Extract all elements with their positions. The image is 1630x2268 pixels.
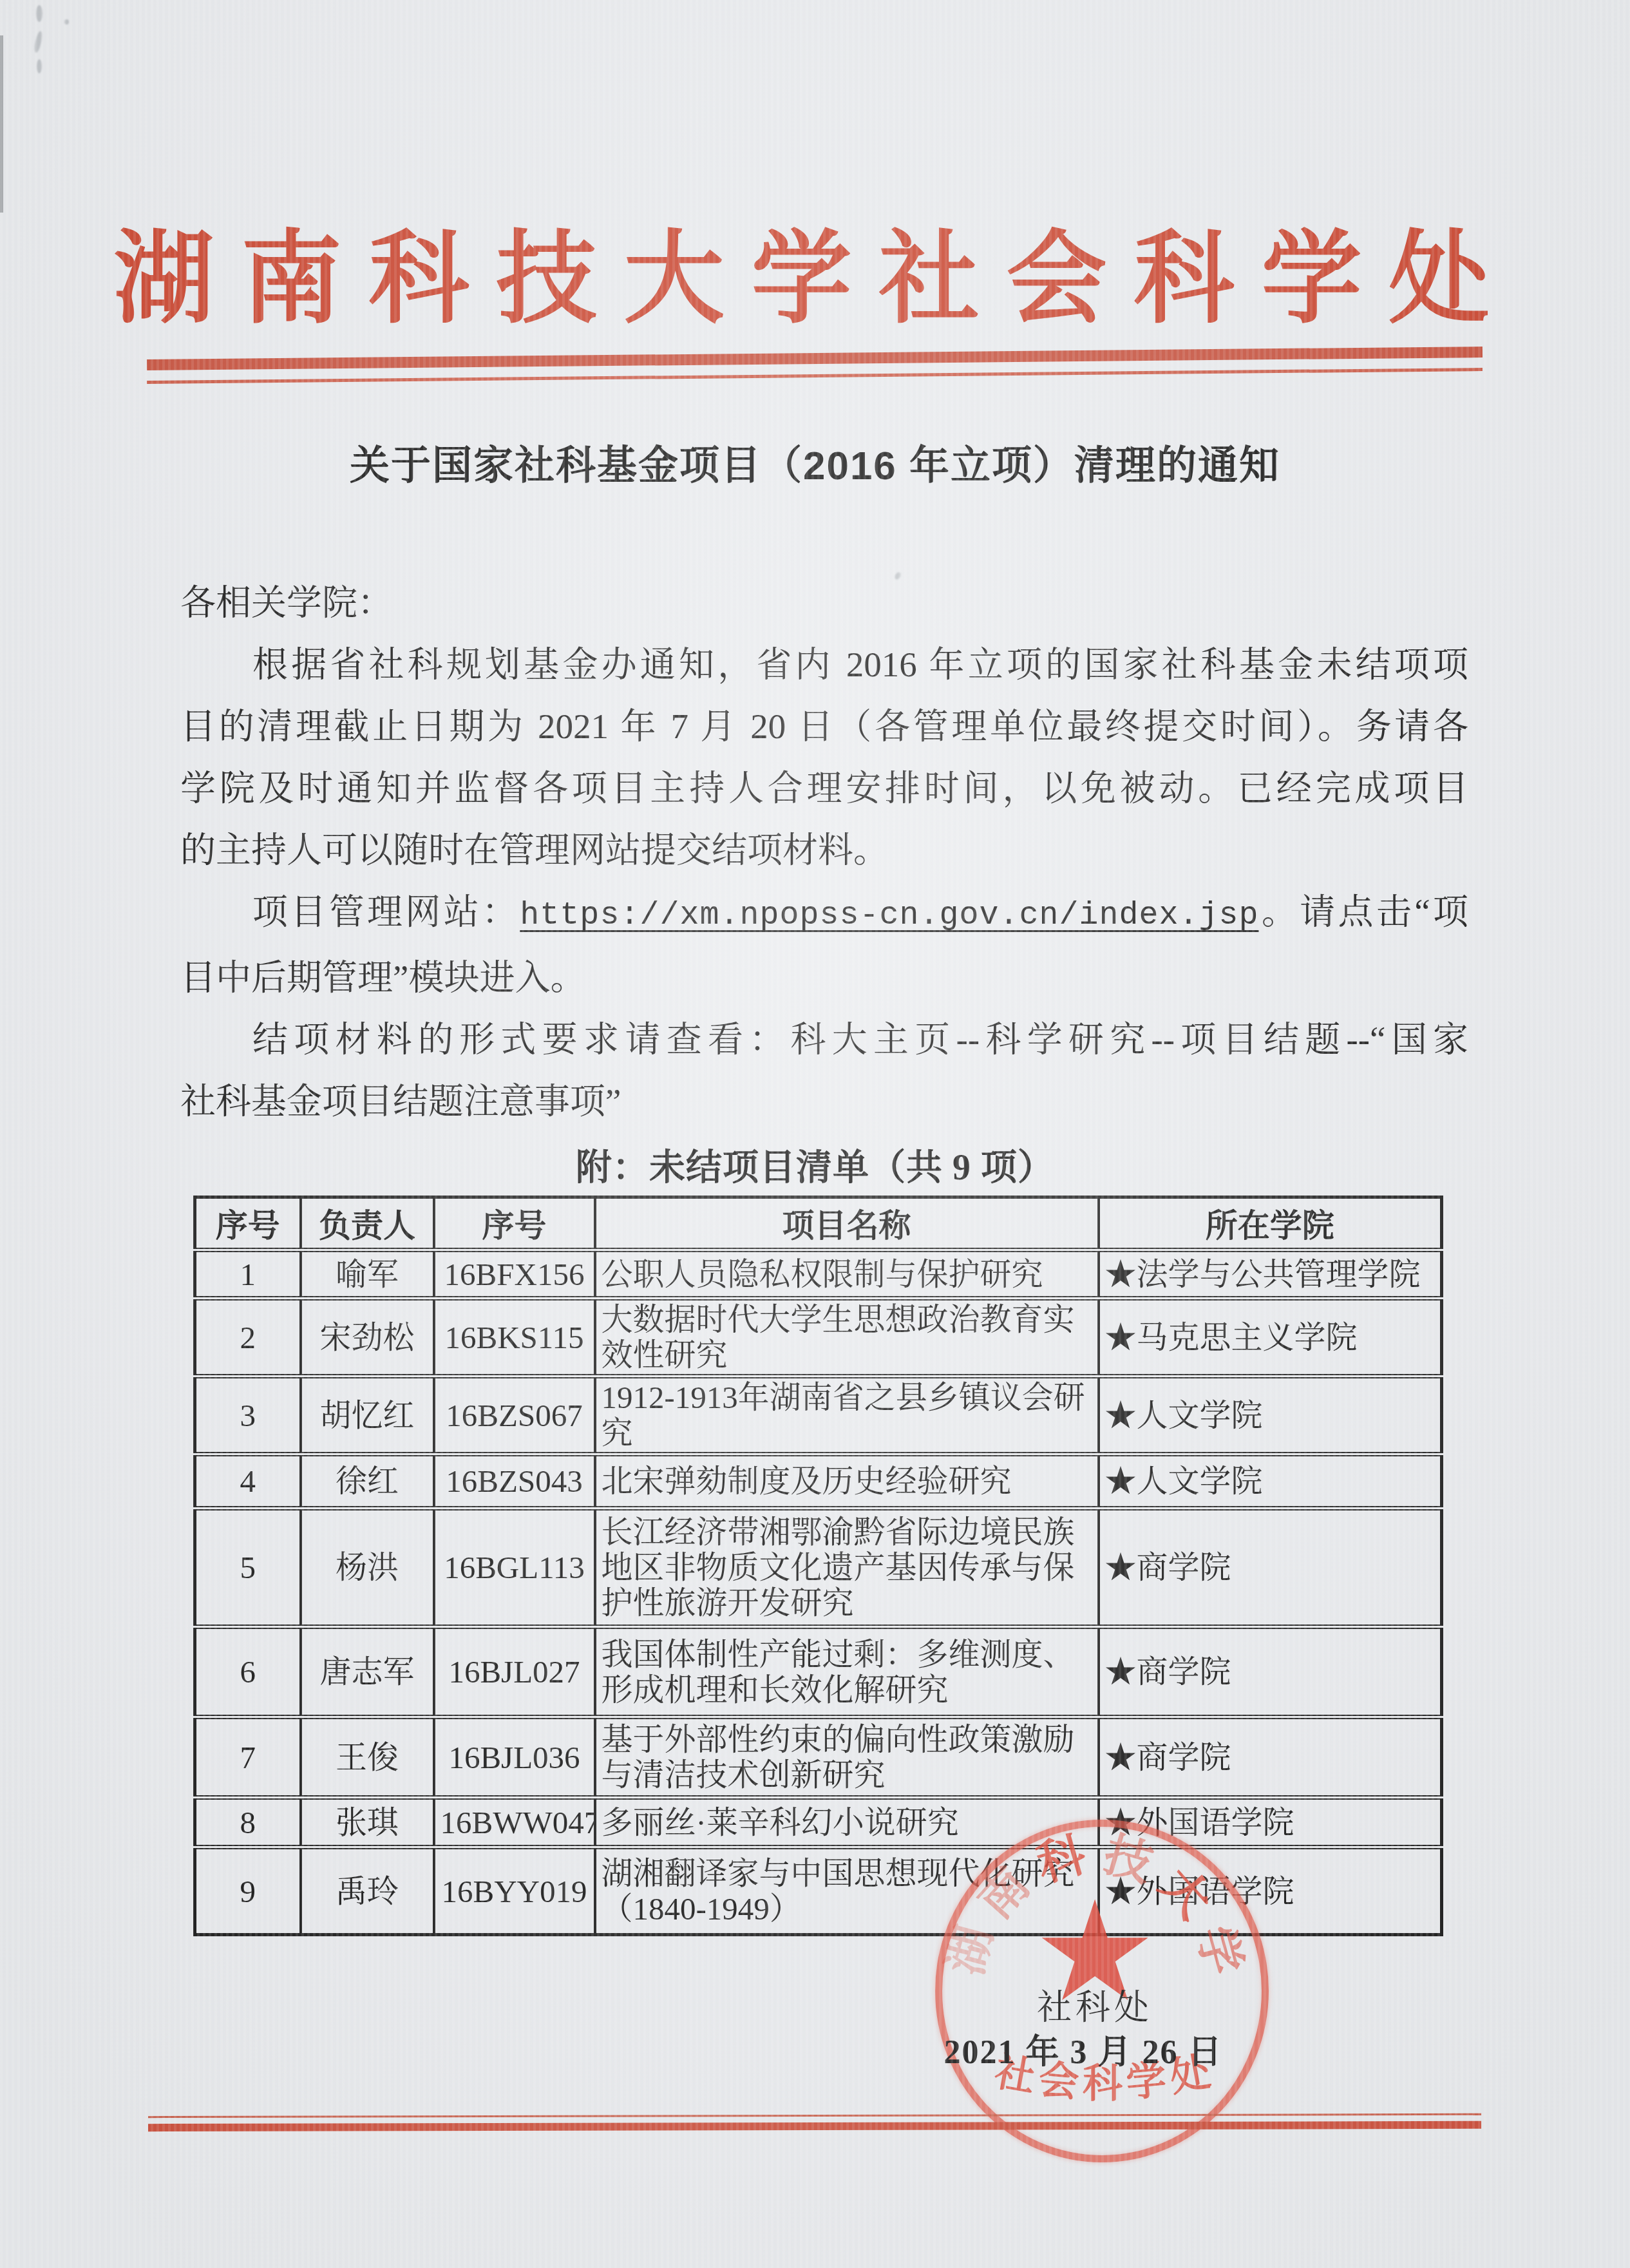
cell-leader: 唐志军	[301, 1627, 434, 1717]
table-row: 2 宋劲松 16BKS115 大数据时代大学生思想政治教育实效性研究 ★马克思主…	[195, 1299, 1442, 1377]
cell-project: 大数据时代大学生思想政治教育实效性研究	[595, 1299, 1099, 1377]
cell-project: 公职人员隐私权限制与保护研究	[595, 1250, 1099, 1299]
table-row: 1 喻军 16BFX156 公职人员隐私权限制与保护研究 ★法学与公共管理学院	[195, 1250, 1442, 1299]
cell-leader: 杨洪	[301, 1509, 434, 1627]
cell-code: 16BZS043	[434, 1454, 595, 1509]
cell-college: ★外国语学院	[1099, 1847, 1442, 1935]
cell-code: 16BGL113	[434, 1509, 595, 1627]
cell-college: ★外国语学院	[1099, 1798, 1442, 1847]
cell-index: 1	[195, 1250, 301, 1299]
cell-project: 基于外部性约束的偏向性政策激励与清洁技术创新研究	[595, 1717, 1099, 1798]
col-header-project: 项目名称	[595, 1197, 1099, 1250]
table-row: 8 张琪 16BWW047 多丽丝·莱辛科幻小说研究 ★外国语学院	[195, 1798, 1442, 1847]
cell-college: ★商学院	[1099, 1627, 1442, 1717]
cell-college: ★马克思主义学院	[1099, 1299, 1442, 1377]
cell-index: 4	[195, 1454, 301, 1509]
footer-rule-thick	[148, 2121, 1481, 2131]
cell-college: ★法学与公共管理学院	[1099, 1250, 1442, 1299]
scan-smudge	[36, 5, 43, 22]
letterhead-title: 湖南科技大学社会科学处	[114, 227, 1517, 332]
table-row: 4 徐红 16BZS043 北宋弹劾制度及历史经验研究 ★人文学院	[195, 1454, 1442, 1509]
signing-department: 社科处	[1037, 1980, 1153, 2030]
body-line: 社科基金项目结题注意事项”	[180, 1071, 1468, 1132]
cell-index: 3	[195, 1377, 301, 1454]
cell-leader: 徐红	[301, 1454, 434, 1509]
cell-index: 5	[195, 1509, 301, 1627]
cell-project: 湖湘翻译家与中国思想现代化研究（1840-1949）	[595, 1847, 1099, 1935]
unfinished-projects-table: 序号 负责人 序号 项目名称 所在学院 1 喻军 16BFX156 公职人员隐私…	[193, 1196, 1443, 1936]
url-label: 项目管理网站：	[252, 892, 520, 931]
cell-project: 长江经济带湘鄂渝黔省际边境民族地区非物质文化遗产基因传承与保护性旅游开发研究	[595, 1509, 1099, 1627]
cell-index: 8	[195, 1798, 301, 1847]
signing-date: 2021 年 3 月 26 日	[943, 2025, 1222, 2073]
cell-code: 16BJL027	[434, 1627, 595, 1717]
col-header-leader: 负责人	[301, 1197, 434, 1250]
cell-project: 我国体制性产能过剩：多维测度、形成机理和长效化解研究	[595, 1627, 1099, 1717]
body-line: 学院及时通知并监督各项目主持人合理安排时间，以免被动。已经完成项目	[180, 758, 1468, 819]
table-row: 3 胡忆红 16BZS067 1912-1913年湖南省之县乡镇议会研究 ★人文…	[195, 1377, 1442, 1454]
cell-college: ★商学院	[1099, 1509, 1442, 1627]
table-row: 6 唐志军 16BJL027 我国体制性产能过剩：多维测度、形成机理和长效化解研…	[195, 1627, 1442, 1717]
body-line: 的主持人可以随时在管理网站提交结项材料。	[180, 819, 1468, 881]
cell-project: 北宋弹劾制度及历史经验研究	[595, 1454, 1099, 1509]
body-line: 项目管理网站：https://xm.npopss-cn.gov.cn/index…	[180, 881, 1468, 947]
table-header-row: 序号 负责人 序号 项目名称 所在学院	[195, 1197, 1442, 1250]
cell-leader: 禹玲	[301, 1847, 434, 1935]
cell-college: ★商学院	[1099, 1717, 1442, 1798]
attachment-heading: 附：未结项目清单（共 9 项）	[0, 1139, 1630, 1190]
cell-code: 16BFX156	[434, 1250, 595, 1299]
notice-body: 各相关学院： 根据省社科规划基金办通知，省内 2016 年立项的国家社科基金未结…	[180, 572, 1468, 1132]
cell-code: 16BJL036	[434, 1717, 595, 1798]
cell-index: 7	[195, 1717, 301, 1798]
cell-project: 1912-1913年湖南省之县乡镇议会研究	[595, 1377, 1099, 1454]
scan-edge-shadow	[0, 35, 3, 213]
letterhead-rule-thin	[147, 368, 1483, 384]
body-line: 目中后期管理”模块进入。	[180, 947, 1468, 1009]
letterhead-rule-thick	[147, 347, 1483, 370]
scanned-notice-page: 湖南科技大学社会科学处 关于国家社科基金项目（2016 年立项）清理的通知 各相…	[0, 0, 1630, 2268]
cell-code: 16BZS067	[434, 1377, 595, 1454]
cell-leader: 喻军	[301, 1250, 434, 1299]
cell-code: 16BYY019	[434, 1847, 595, 1935]
col-header-code: 序号	[434, 1197, 595, 1250]
cell-college: ★人文学院	[1099, 1377, 1442, 1454]
cell-project: 多丽丝·莱辛科幻小说研究	[595, 1798, 1099, 1847]
table-row: 7 王俊 16BJL036 基于外部性约束的偏向性政策激励与清洁技术创新研究 ★…	[195, 1717, 1442, 1798]
body-line: 目的清理截止日期为 2021 年 7 月 20 日（各管理单位最终提交时间）。务…	[180, 696, 1468, 758]
cell-code: 16BWW047	[434, 1798, 595, 1847]
cell-leader: 王俊	[301, 1717, 434, 1798]
scan-smudge	[37, 59, 42, 73]
cell-code: 16BKS115	[434, 1299, 595, 1377]
project-management-url[interactable]: https://xm.npopss-cn.gov.cn/index.jsp	[520, 897, 1258, 934]
cell-index: 9	[195, 1847, 301, 1935]
footer-rule-thin	[148, 2113, 1481, 2118]
scan-smudge	[64, 19, 69, 24]
cell-index: 2	[195, 1299, 301, 1377]
notice-title: 关于国家社科基金项目（2016 年立项）清理的通知	[0, 443, 1630, 490]
cell-college: ★人文学院	[1099, 1454, 1442, 1509]
url-suffix: 。请点击“项	[1259, 892, 1468, 931]
col-header-college: 所在学院	[1099, 1197, 1442, 1250]
cell-leader: 胡忆红	[301, 1377, 434, 1454]
cell-leader: 宋劲松	[301, 1299, 434, 1377]
table-row: 5 杨洪 16BGL113 长江经济带湘鄂渝黔省际边境民族地区非物质文化遗产基因…	[195, 1509, 1442, 1627]
col-header-index: 序号	[195, 1197, 301, 1250]
table-row: 9 禹玲 16BYY019 湖湘翻译家与中国思想现代化研究（1840-1949）…	[195, 1847, 1442, 1935]
body-line: 结项材料的形式要求请查看：科大主页--科学研究--项目结题--“国家	[180, 1009, 1468, 1071]
cell-leader: 张琪	[301, 1798, 434, 1847]
body-line: 根据省社科规划基金办通知，省内 2016 年立项的国家社科基金未结项项	[180, 634, 1468, 696]
cell-index: 6	[195, 1627, 301, 1717]
scan-smudge	[33, 30, 44, 53]
salutation: 各相关学院：	[180, 572, 1468, 634]
